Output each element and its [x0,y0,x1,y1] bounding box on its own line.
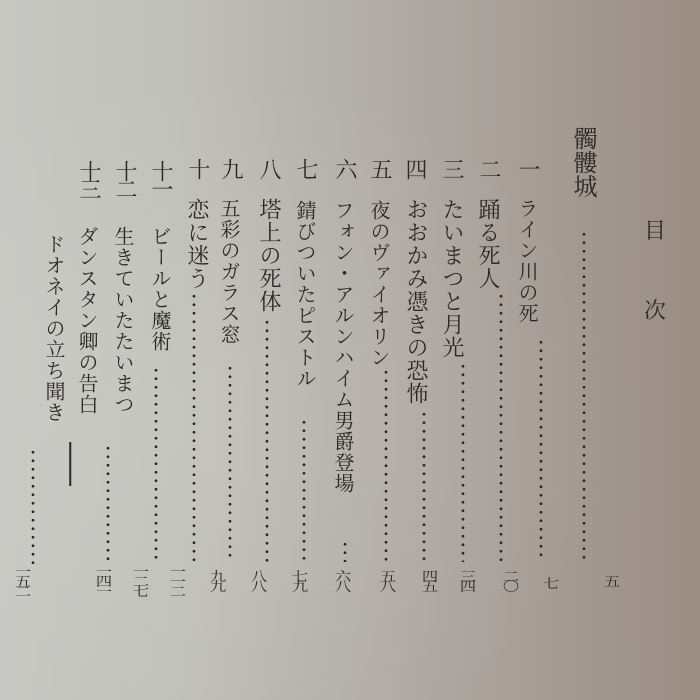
page-number: 一四一 [97,568,110,598]
page-number-digits: 一一二 [170,568,186,598]
chapter-number: 八 [257,158,279,176]
chapter-number: 一 [516,158,538,176]
chapter-number: 七 [294,158,316,176]
page-digit: 二 [15,588,31,598]
chapter-number: 三 [440,158,462,176]
dot-leader [229,364,232,562]
page-digit: 五 [604,578,620,588]
entry-title: 踊る死人 [476,198,498,290]
entry-title: ビールと魔術 [150,226,170,352]
dot-leader [583,230,586,562]
page-digit: 〇 [503,583,519,593]
page-digit: 四 [460,583,476,593]
page-digit: 八 [251,583,267,593]
page-number: 二〇 [504,573,517,593]
dot-leader [32,448,35,564]
entry-title: 恋に迷う [185,198,207,290]
entry-title: ダンスタン卿の告白 [77,226,97,415]
page-number: 三四 [461,573,474,593]
page-number: 一一二 [171,568,184,598]
page-number: 九九 [211,573,224,593]
page-number: 五八 [381,573,394,593]
dot-leader [155,366,158,562]
page-number-digits: 六八 [335,573,351,593]
chapter-number: 四 [403,158,425,176]
page-number-digits: 一二七 [133,568,149,598]
page-digit: 八 [335,583,351,593]
page-digit: 一 [96,588,112,598]
chapter-number: 五 [368,158,390,176]
entry-title: 生きていたたいまつ [113,226,133,415]
dot-leader [303,418,306,562]
dot-leader [540,338,543,562]
entry-title: 錆びついたピストル [295,200,315,389]
page-number-digits: 五八 [380,573,396,593]
chapter-number: 九 [219,158,241,176]
entry-title: 髑髏城 [571,126,595,198]
page-number: 七 [544,580,557,590]
page-digit: 七 [543,580,559,590]
dot-leader [423,410,426,562]
toc-title-char-1: 目 [644,214,666,245]
toc-title-char-2: 次 [644,294,666,325]
page-number-digits: 五 [604,578,620,588]
dot-leader [107,444,110,562]
page-number-digits: 九九 [210,573,226,593]
chapter-number: 十 [186,158,208,176]
page-digit: 九 [210,583,226,593]
page-digit: 七 [133,588,149,598]
page-number: 一二七 [134,568,147,598]
entry-title: ライン川の死 [517,198,537,324]
page-number: 一五二 [16,568,29,598]
page-number-digits: 四五 [422,573,438,593]
page-digit: 九 [292,583,308,593]
page-number-digits: 二〇 [503,573,519,593]
page-number-digits: 三四 [460,573,476,593]
em-dash-vertical [69,442,71,486]
page-digit: 八 [380,583,396,593]
entry-title: たいまつと月光 [440,198,462,359]
entry-title: 夜のヴァイオリン [369,200,389,368]
page-number: 四五 [423,573,436,593]
entry-title: おおかみ憑きの恐怖 [404,198,426,405]
page-number-digits: 七 [543,580,559,590]
entry-title: フォン・アルンハイム男爵登場 [333,200,353,494]
toc-page: 目 次 髑髏城 五 一 ライン川の死 七 二 踊る死人 二〇 三 たいまつと月光… [0,0,700,700]
entry-subtitle: ドオネイの立ち聞き [44,234,64,423]
dot-leader [344,540,347,562]
chapter-number: 二 [477,158,499,176]
entry-title: 塔上の死体 [257,198,279,313]
page-number: 五 [605,578,618,588]
page-number-digits: 一四一 [96,568,112,598]
dot-leader [193,292,196,562]
chapter-number: 十一 [149,160,171,196]
page-digit: 五 [422,583,438,593]
chapter-number: 十三 [77,160,99,196]
page-number-digits: 一五二 [15,568,31,598]
page-number: 八八 [252,573,265,593]
page-number: 七九 [293,573,306,593]
page-number-digits: 八八 [251,573,267,593]
entry-title: 五彩のガラス窓 [219,198,239,345]
chapter-number: 十二 [113,160,135,196]
chapter-number: 六 [333,158,355,176]
page-digit: 二 [170,588,186,598]
dot-leader [385,368,388,562]
dot-leader [266,318,269,562]
page-number-digits: 七九 [292,573,308,593]
dot-leader [462,362,465,562]
page-number: 六八 [336,573,349,593]
dot-leader [500,292,503,562]
